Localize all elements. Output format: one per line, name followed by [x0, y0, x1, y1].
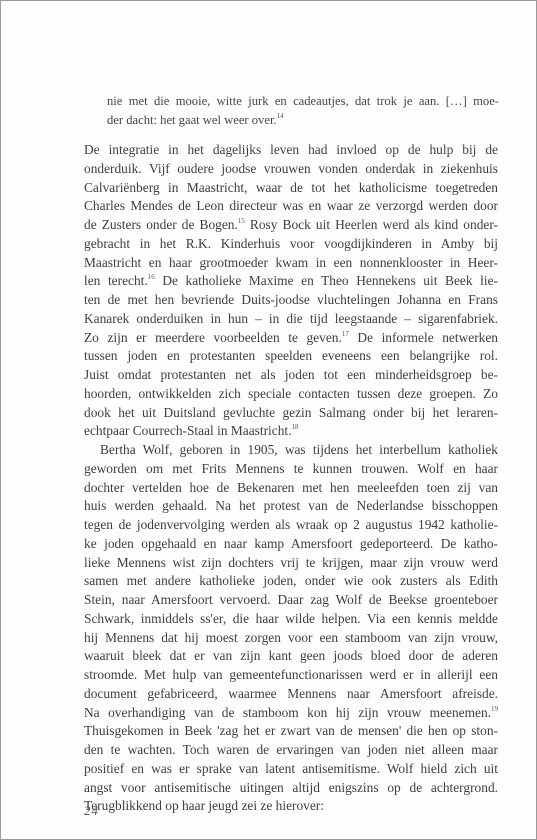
footnote-ref: 18: [291, 423, 298, 431]
text-line: hij Mennens dat hij moest zorgen voor ee…: [84, 629, 498, 648]
text-line: Terugblikkend op haar jeugd zei ze hiero…: [84, 797, 498, 816]
text-line: document gefabriceerd, waarmee Mennens n…: [84, 685, 498, 704]
line-text: len terecht.: [84, 273, 148, 288]
body-text: De integratie in het dagelijks leven had…: [84, 141, 498, 816]
text-line: de Zusters onder de Bogen.15 Rosy Bock u…: [84, 216, 498, 235]
text-line: dochter vertelden hoe de Bekenaren met h…: [84, 479, 498, 498]
line-text: De katholieke Maxime en Theo Hennekens u…: [155, 273, 498, 288]
quote-line-text: der dacht: het gaat wel weer over.: [107, 113, 277, 127]
quote-line-text: nie met die mooie, witte jurk en cadeaut…: [107, 94, 499, 108]
footnote-ref: 14: [277, 112, 284, 120]
paragraph-2: Bertha Wolf, geboren in 1905, was tijden…: [84, 441, 498, 816]
text-line: Kanarek onderduiken in hun – in die tijd…: [84, 310, 498, 329]
text-line: Zo zijn er meerdere voorbeelden te geven…: [84, 329, 498, 348]
text-line: huis werden gehaald. Na het protest van …: [84, 497, 498, 516]
text-line: lieke Mennens wist zijn dochters vrij te…: [84, 554, 498, 573]
paragraph-1: De integratie in het dagelijks leven had…: [84, 141, 498, 441]
text-line: len terecht.16 De katholieke Maxime en T…: [84, 272, 498, 291]
text-line: Maastricht en haar grootmoeder kwam in e…: [84, 254, 498, 273]
text-line: Calvariënberg in Maastricht, waar de tot…: [84, 179, 498, 198]
quote-line: der dacht: het gaat wel weer over.14: [107, 111, 499, 130]
text-line: dook het uit Duitsland gevluchte gezin S…: [84, 404, 498, 423]
text-line: onderduik. Vijf oudere joodse vrouwen vo…: [84, 160, 498, 179]
block-quote: nie met die mooie, witte jurk en cadeaut…: [107, 92, 499, 129]
text-line: Juist omdat protestanten net als joden t…: [84, 366, 498, 385]
text-line: gebracht in het R.K. Kinderhuis voor voo…: [84, 235, 498, 254]
line-text: De informele netwerken: [349, 330, 498, 345]
text-line: waaruit bleek dat er van zijn kant geen …: [84, 647, 498, 666]
text-line: stroomde. Met hulp van gemeentefunctiona…: [84, 666, 498, 685]
text-line: Charles Mendes de Leon directeur was en …: [84, 197, 498, 216]
text-line: ten de met hen bevriende Duits-joodse vl…: [84, 291, 498, 310]
text-line: Stein, naar Amersfoort vervoerd. Daar za…: [84, 591, 498, 610]
footnote-ref: 19: [491, 705, 498, 713]
footnote-ref: 15: [238, 217, 245, 225]
text-line: tegen de jodenvervolging werden als wraa…: [84, 516, 498, 535]
text-line: hoorden, ontwikkelden zich speciale cont…: [84, 385, 498, 404]
quote-line: nie met die mooie, witte jurk en cadeaut…: [107, 92, 499, 111]
text-line: Na overhandiging van de stamboom kon hij…: [84, 704, 498, 723]
text-line: positief en was er sprake van latent ant…: [84, 760, 498, 779]
text-line: Bertha Wolf, geboren in 1905, was tijden…: [84, 441, 498, 460]
text-line: geworden om met Frits Mennens te kunnen …: [84, 460, 498, 479]
line-text: echtpaar Courrech-Staal in Maastricht.: [84, 423, 291, 438]
page-number: 24: [84, 803, 99, 819]
text-line: tussen joden en protestanten speelden ev…: [84, 347, 498, 366]
footnote-ref: 17: [342, 330, 349, 338]
text-line: angst voor antisemitische uitingen altij…: [84, 779, 498, 798]
text-line: den te wachten. Toch waren de ervaringen…: [84, 741, 498, 760]
text-line: Schwark, inmiddels ss'er, die haar wilde…: [84, 610, 498, 629]
text-line: samen met andere katholieke joden, onder…: [84, 572, 498, 591]
footnote-ref: 16: [148, 273, 155, 281]
text-line: De integratie in het dagelijks leven had…: [84, 141, 498, 160]
text-line: ke joden opgehaald en naar kamp Amersfoo…: [84, 535, 498, 554]
line-text: de Zusters onder de Bogen.: [84, 217, 238, 232]
text-line: Thuisgekomen in Beek 'zag het er zwart v…: [84, 722, 498, 741]
line-text: Na overhandiging van de stamboom kon hij…: [84, 705, 491, 720]
line-text: Zo zijn er meerdere voorbeelden te geven…: [84, 330, 342, 345]
text-line: echtpaar Courrech-Staal in Maastricht.18: [84, 422, 498, 441]
line-text: Rosy Bock uit Heerlen werd als kind onde…: [245, 217, 498, 232]
